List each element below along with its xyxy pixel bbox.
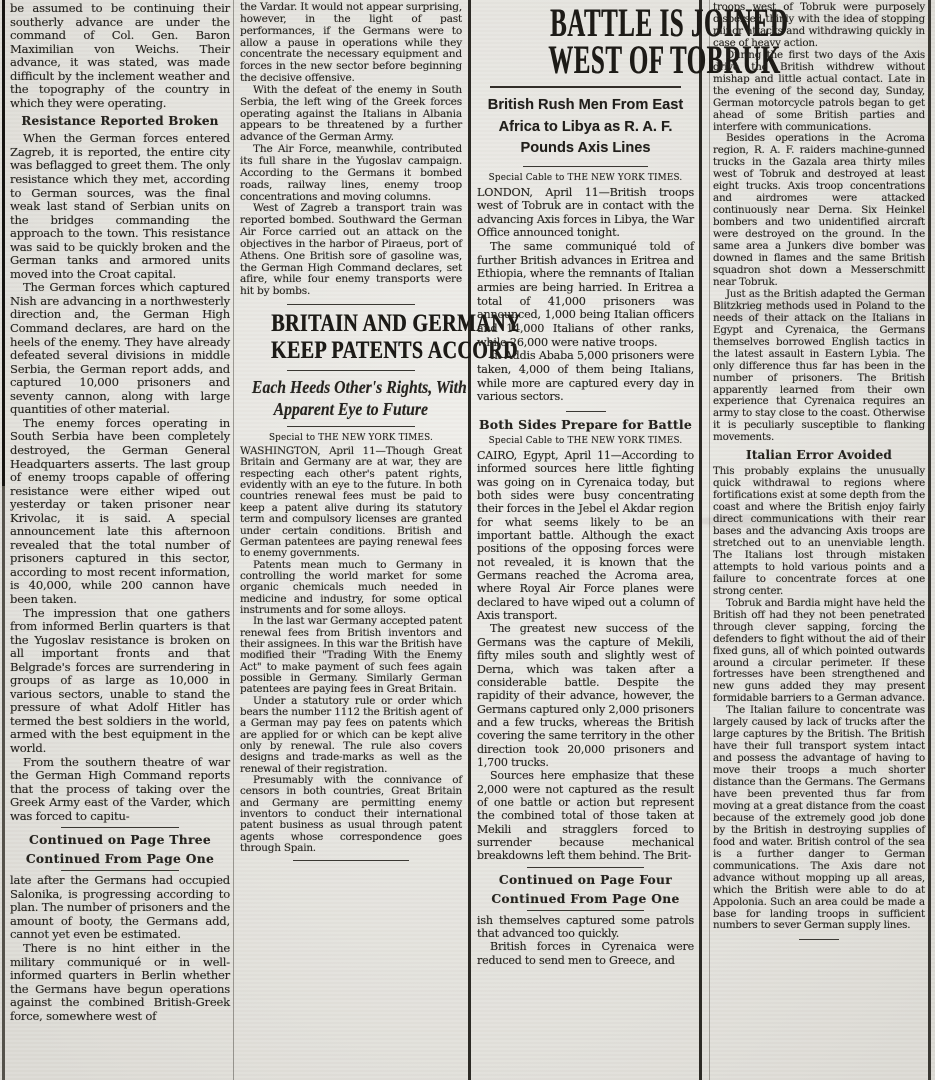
credit-line: Special Cable to THE NEW YORK TIMES. [477,172,694,184]
article-paragraph: West of Zagreb a transport train was rep… [240,203,462,298]
divider-rule [527,867,644,868]
article-paragraph: The impression that one gathers from inf… [10,607,230,756]
continued-from-line: Continued From Page One [10,851,230,866]
column-1: be assumed to be continuing their southe… [10,2,230,1023]
column-3: BATTLE IS JOINED WEST OF TOBRUK British … [477,2,694,967]
article-paragraph: The same communiqué told of further Brit… [477,240,694,349]
deck-patents-line2: Apparent Eye to Future [274,398,428,420]
continued-on-line: Continued on Page Four [477,872,694,887]
article-paragraph: Besides operations in the Acroma region,… [713,133,925,288]
divider-rule [490,86,681,88]
divider-rule [61,870,180,871]
article-paragraph: In Addis Ababa 5,000 prisoners were take… [477,349,694,404]
article-paragraph: The Italian failure to concentrate was l… [713,705,925,932]
divider-rule [287,426,416,427]
article-paragraph: ish themselves captured some patrols tha… [477,914,694,941]
divider-rule [287,304,416,305]
article-paragraph: WASHINGTON, April 11—Though Great Britai… [240,446,462,559]
credit-line: Special to THE NEW YORK TIMES. [240,432,462,444]
headline-battle: BATTLE IS JOINED WEST OF TOBRUK [477,4,694,78]
article-paragraph: The greatest new success of the Germans … [477,622,694,769]
credit-line: Special Cable to THE NEW YORK TIMES. [477,435,694,447]
article-paragraph: The Air Force, meanwhile, contributed it… [240,144,462,203]
article-paragraph: The German forces which captured Nish ar… [10,281,230,416]
deck-patents-line1: Each Heeds Other's Rights, With [252,376,467,398]
article-paragraph: In the last war Germany accepted patent … [240,616,462,695]
continued-on-line: Continued on Page Three [10,832,230,847]
deck-patents: Each Heeds Other's Rights, With Apparent… [240,376,462,420]
article-paragraph: Under a statutory rule or order which be… [240,696,462,775]
article-paragraph: late after the Germans had occupied Salo… [10,874,230,942]
divider-rule [523,166,649,167]
continued-from-line: Continued From Page One [477,891,694,906]
article-paragraph: There is no hint either in the military … [10,942,230,1023]
divider-rule [61,827,180,828]
scan-edge-left [2,0,5,1080]
deck-battle-line1: British Rush Men From East [488,97,683,113]
article-paragraph: troops west of Tobruk were purposely dis… [713,2,925,50]
deck-battle-line2: Africa to Libya as R. A. F. [499,119,673,135]
article-paragraph: From the southern theatre of war the Ger… [10,756,230,824]
section-subhead-italian-error: Italian Error Avoided [713,448,925,463]
article-paragraph: Presumably with the connivance of censor… [240,775,462,854]
article-paragraph: LONDON, April 11—British troops west of … [477,186,694,241]
column-rule-3 [699,0,702,1080]
divider-rule [287,370,416,371]
section-subhead-resistance: Resistance Reported Broken [10,114,230,129]
column-4: troops west of Tobruk were purposely dis… [713,2,925,945]
column-2: the Vardar. It would not appear surprisi… [240,2,462,861]
deck-battle: British Rush Men From East Africa to Lib… [477,95,694,160]
section-subhead-prepare: Both Sides Prepare for Battle [477,417,694,432]
headline-patents: BRITAIN AND GERMANY KEEP PATENTS ACCORD [240,310,462,364]
article-end-rule [799,939,839,940]
article-paragraph: The enemy forces operating in South Serb… [10,417,230,607]
article-paragraph: Sources here emphasize that these 2,000 … [477,769,694,862]
cairo-dispatch: CAIRO, Egypt, April 11—According to info… [477,449,694,967]
article-paragraph: CAIRO, Egypt, April 11—According to info… [477,449,694,622]
column-rule-2 [468,0,471,1080]
article-paragraph: This probably explains the unusually qui… [713,466,925,597]
article-paragraph: When the German forces entered Zagreb, i… [10,132,230,281]
column-rule-4 [709,0,710,1080]
article-paragraph: British forces in Cyrenaica were reduced… [477,940,694,967]
article-paragraph: Patents mean much to Germany in controll… [240,560,462,617]
deck-battle-line3: Pounds Axis Lines [520,140,650,156]
patents-article-body: WASHINGTON, April 11—Though Great Britai… [240,446,462,854]
article-paragraph: With the defeat of the enemy in South Se… [240,85,462,144]
article-paragraph: Just as the British adapted the German B… [713,289,925,444]
column-rule-1 [233,0,234,1080]
newspaper-page: be assumed to be continuing their southe… [0,0,935,1080]
article-paragraph: During the first two days of the Axis dr… [713,50,925,134]
article-paragraph: the Vardar. It would not appear surprisi… [240,2,462,85]
scan-edge-right [928,0,931,1080]
divider-rule [566,411,606,412]
article-paragraph: be assumed to be continuing their southe… [10,2,230,110]
divider-rule [527,910,644,911]
article-paragraph: Tobruk and Bardia might have held the Br… [713,598,925,706]
article-end-rule [293,860,408,861]
